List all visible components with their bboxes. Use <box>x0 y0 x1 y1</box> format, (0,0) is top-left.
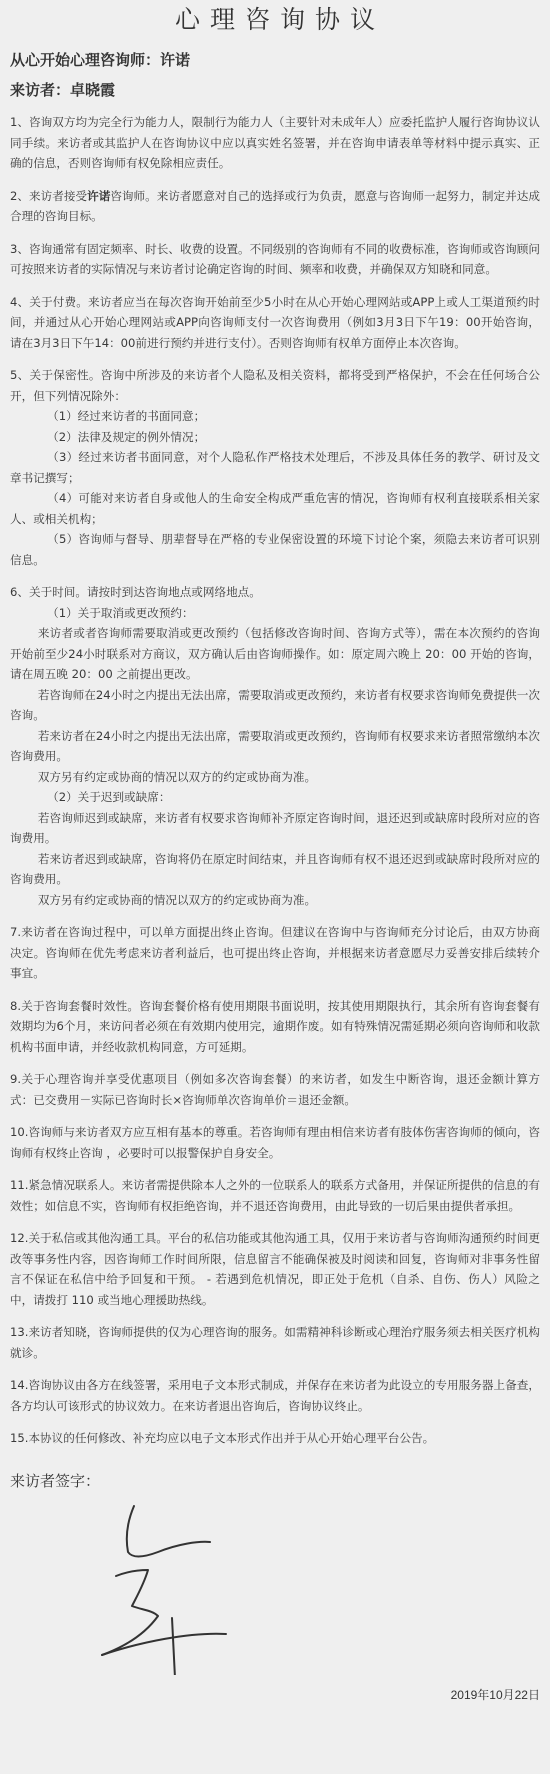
clause-5-item-3: （3）经过来访者书面同意，对个人隐私作严格技术处理后，不涉及具体任务的教学、研讨… <box>10 447 540 488</box>
clause-2: 2、来访者接受许诺咨询师。来访者愿意对自己的选择或行为负责，愿意与咨询师一起努力… <box>10 186 540 227</box>
document-title: 心理咨询协议 <box>10 0 540 38</box>
clause-6-para-2: 若咨询师在24小时之内提出无法出席，需要取消或更改预约，来访者有权要求咨询师免费… <box>10 685 540 726</box>
clause-6-intro: 6、关于时间。请按时到达咨询地点或网络地点。 <box>10 582 540 603</box>
handwritten-signature <box>100 1500 240 1675</box>
clause-5-item-1: （1）经过来访者的书面同意； <box>10 406 540 427</box>
clause-6-para-7: 双方另有约定或协商的情况以双方的约定或协商为准。 <box>10 890 540 911</box>
clause-5-item-4: （4）可能对来访者自身或他人的生命安全构成严重危害的情况，咨询师有权利直接联系相… <box>10 488 540 529</box>
clause-10: 10.咨询师与来访者双方应互相有基本的尊重。若咨询师有理由相信来访者有肢体伤害咨… <box>10 1122 540 1163</box>
signature-date: 2019年10月22日 <box>451 1686 540 1703</box>
clause-8: 8.关于咨询套餐时效性。咨询套餐价格有使用期限书面说明，按其使用期限执行，其余所… <box>10 996 540 1058</box>
clause-11: 11.紧急情况联系人。来访者需提供除本人之外的一位联系人的联系方式备用，并保证所… <box>10 1175 540 1216</box>
clause-2-prefix: 2、来访者接受 <box>10 189 87 203</box>
clause-6-para-6: 若来访者迟到或缺席，咨询将仍在原定时间结束，并且咨询师有权不退还迟到或缺席时段所… <box>10 849 540 890</box>
clause-15: 15.本协议的任何修改、补充均应以电子文本形式作出并于从心开始心理平台公告。 <box>10 1428 540 1449</box>
signature-label: 来访者签字： <box>10 1471 540 1491</box>
clause-1: 1、咨询双方均为完全行为能力人，限制行为能力人（主要针对未成年人）应委托监护人履… <box>10 112 540 174</box>
clause-5-item-2: （2）法律及规定的例外情况； <box>10 427 540 448</box>
counselor-label: 从心开始心理咨询师：许诺 <box>10 50 540 70</box>
clause-6-heading-2: （2）关于迟到或缺席： <box>10 787 540 808</box>
clause-6-para-3: 若来访者在24小时之内提出无法出席，需要取消或更改预约，咨询师有权要求来访者照常… <box>10 726 540 767</box>
clause-14: 14.咨询协议由各方在线签署，采用电子文本形式制成，并保存在来访者为此设立的专用… <box>10 1375 540 1416</box>
visitor-label: 来访者：卓晓霞 <box>10 80 540 100</box>
clause-9: 9.关于心理咨询并享受优惠项目（例如多次咨询套餐）的来访者，如发生中断咨询，退还… <box>10 1069 540 1110</box>
clause-3: 3、咨询通常有固定频率、时长、收费的设置。不同级别的咨询师有不同的收费标准，咨询… <box>10 239 540 280</box>
clause-4: 4、关于付费。来访者应当在每次咨询开始前至少5小时在从心开始心理网站或APP上或… <box>10 292 540 354</box>
clause-5-intro: 5、关于保密性。咨询中所涉及的来访者个人隐私及相关资料，都将受到严格保护，不会在… <box>10 365 540 406</box>
clause-6-para-5: 若咨询师迟到或缺席，来访者有权要求咨询师补齐原定咨询时间，退还迟到或缺席时段所对… <box>10 808 540 849</box>
clause-6: 6、关于时间。请按时到达咨询地点或网络地点。 （1）关于取消或更改预约： 来访者… <box>10 582 540 910</box>
clause-5: 5、关于保密性。咨询中所涉及的来访者个人隐私及相关资料，都将受到严格保护，不会在… <box>10 365 540 570</box>
clause-6-para-1: 来访者或者咨询师需要取消或更改预约（包括修改咨询时间、咨询方式等），需在本次预约… <box>10 623 540 685</box>
clauses: 1、咨询双方均为完全行为能力人，限制行为能力人（主要针对未成年人）应委托监护人履… <box>10 112 540 1449</box>
clause-12: 12.关于私信或其他沟通工具。平台的私信功能或其他沟通工具，仅用于来访者与咨询师… <box>10 1228 540 1310</box>
clause-13: 13.来访者知晓，咨询师提供的仅为心理咨询的服务。如需精神科诊断或心理治疗服务须… <box>10 1322 540 1363</box>
clause-7: 7.来访者在咨询过程中，可以单方面提出终止咨询。但建议在咨询中与咨询师充分讨论后… <box>10 922 540 984</box>
clause-6-para-4: 双方另有约定或协商的情况以双方的约定或协商为准。 <box>10 767 540 788</box>
clause-6-heading-1: （1）关于取消或更改预约： <box>10 603 540 624</box>
agreement-document: 心理咨询协议 从心开始心理咨询师：许诺 来访者：卓晓霞 1、咨询双方均为完全行为… <box>0 0 550 1774</box>
clause-5-item-5: （5）咨询师与督导、朋辈督导在严格的专业保密设置的环境下讨论个案，须隐去来访者可… <box>10 529 540 570</box>
counselor-name: 许诺 <box>87 189 110 203</box>
